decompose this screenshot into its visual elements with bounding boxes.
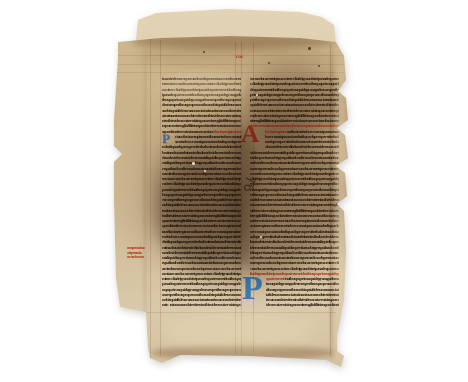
ruling-line xyxy=(122,312,336,313)
ruling-line xyxy=(118,55,344,56)
margin-note-red: nro quem admoodu per omia ssecundu carne xyxy=(127,246,154,260)
text-line: cm in ecclia dei gra uobis et pax a deo … xyxy=(162,181,241,186)
photo-canvas: tuam in dno nro quem admodu per omia sec… xyxy=(0,0,468,382)
ruling-line xyxy=(241,42,242,354)
text-line: uobis quia fides ura annuciatur in unius… xyxy=(162,202,241,207)
text-line: ut aliquid impertiar uobis gre spalis ad… xyxy=(162,160,241,165)
blue-initial-small: P xyxy=(162,132,170,145)
text-line: o nro quem admodu per omia secundu carne… xyxy=(250,260,339,265)
foliation-number: 76 xyxy=(239,174,257,193)
ink-speck xyxy=(318,65,320,67)
margin-note-line: secundu carne xyxy=(127,255,154,260)
text-line: deo meo per ihm xpm pro omibus uobis qui… xyxy=(162,102,241,107)
ruling-line xyxy=(160,40,161,356)
crease-line xyxy=(144,46,146,354)
wormhole-speck xyxy=(308,47,311,50)
text-line: ea in uolutate dei ueniedi ad uos deside… xyxy=(162,245,241,250)
text-line: niuso mundo testis eni mihi est deus cui… xyxy=(250,202,339,207)
text-line: acio semp in oronibus meis obsecrans si … xyxy=(250,223,339,228)
text-line: no nro quem admodu per omia secundu carn… xyxy=(250,166,339,171)
text-line: de aliquado prosperu iter habea in uolut… xyxy=(162,239,241,244)
text-column-right: secundu carne et spm scm in ecclia dei g… xyxy=(250,76,339,308)
blue-initial-P: P xyxy=(242,274,263,304)
manuscript-leaf: tuam in dno nro quem admodu per omia sec… xyxy=(108,6,356,378)
flaw-speck xyxy=(204,170,206,172)
text-line: quia fides ura annuciatur in uniuso mund… xyxy=(250,102,339,107)
flaw-speck xyxy=(260,236,262,238)
text-line: eo patre nro et dno ihu xpo primu quide … xyxy=(250,181,339,186)
running-title: c̃us xyxy=(236,55,243,61)
stain xyxy=(152,346,334,360)
text-line: t deus cui seruio in spu meo in euglio f… xyxy=(250,302,339,307)
text-line: pax a deo patre nro et dno ihu xpo primu… xyxy=(162,281,241,286)
text-line: s ad confirmados uos tuam in dno nro que… xyxy=(250,160,339,165)
text-line: er omia secundu carne et spm scm in eccl… xyxy=(162,81,241,86)
text-line: cclia dei gra uobis et pax a deo patre n… xyxy=(250,81,339,86)
flaw-speck xyxy=(192,162,195,165)
text-column-left: tuam in dno nro quem admodu per omia sec… xyxy=(162,76,241,308)
ruling-line xyxy=(114,72,344,73)
text-line: e spalis ad confirmados uos tuam in dno … xyxy=(162,260,241,265)
text-line: ur in uniuso mundo testis eni mihi est d… xyxy=(162,302,241,307)
abrasion-light xyxy=(163,314,313,348)
ink-speck xyxy=(203,51,205,53)
red-initial-A: A xyxy=(241,123,259,147)
flaw-speck xyxy=(168,304,170,306)
text-line: quod sine itermissione memoria uri facio… xyxy=(162,223,241,228)
flaw-speck xyxy=(256,94,258,96)
text-line: lutate dei ueniedi ad uos desidero eni u… xyxy=(250,239,339,244)
parchment-body: tuam in dno nro quem admodu per omia sec… xyxy=(108,6,356,378)
text-line: nde aliquado prosperu iter habea in uolu… xyxy=(162,144,241,149)
ruling-line xyxy=(150,38,151,358)
ink-speck xyxy=(268,62,270,64)
ruling-line xyxy=(114,64,344,65)
text-line: idero eni uidere uos ut aliquid impertia… xyxy=(250,245,339,250)
text-line: re spalis ad confirmados uos tuam in dno… xyxy=(162,166,241,171)
